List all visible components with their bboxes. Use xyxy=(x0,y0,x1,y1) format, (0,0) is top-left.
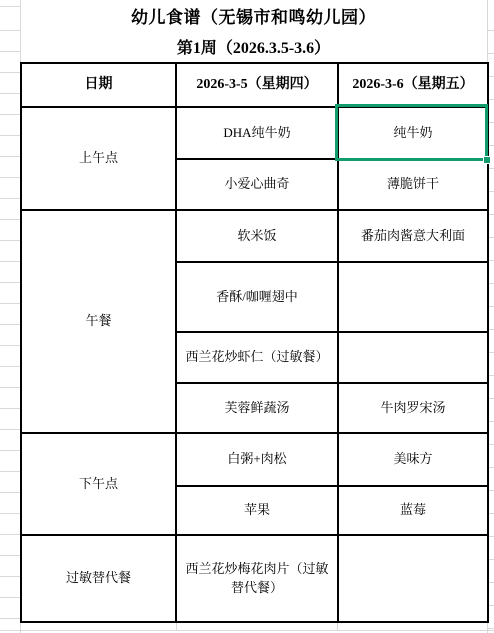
cell-menu-item[interactable] xyxy=(338,535,488,622)
cell-menu-item[interactable] xyxy=(338,262,488,332)
left-row-gutter xyxy=(0,0,21,633)
cell-menu-item[interactable]: 西兰花炒虾仁（过敏餐） xyxy=(176,332,338,383)
cell-menu-item[interactable] xyxy=(338,332,488,383)
cell-menu-item[interactable]: 薄脆饼干 xyxy=(338,159,488,210)
cell-menu-item[interactable]: 美味方 xyxy=(338,433,488,486)
gridline-stub xyxy=(176,622,177,631)
table-row: 午餐 软米饭 番茄肉酱意大利面 xyxy=(21,210,488,262)
gridline-bottom xyxy=(0,630,494,631)
gridline-stub xyxy=(337,622,338,631)
page-subtitle[interactable]: 第1周（2026.3.5-3.6） xyxy=(21,31,486,62)
spreadsheet-view: 幼儿食谱（无锡市和鸣幼儿园） 第1周（2026.3.5-3.6） 日期 2026… xyxy=(0,0,494,633)
cell-menu-item[interactable]: 香酥/咖喱翅中 xyxy=(176,262,338,332)
section-label-allergy-substitute[interactable]: 过敏替代餐 xyxy=(21,535,176,622)
page-title[interactable]: 幼儿食谱（无锡市和鸣幼儿园） xyxy=(21,0,486,31)
cell-menu-item[interactable]: 芙蓉鲜蔬汤 xyxy=(176,383,338,433)
cell-menu-item[interactable]: 小爱心曲奇 xyxy=(176,159,338,210)
section-label-morning-snack[interactable]: 上午点 xyxy=(21,107,176,210)
table-header-row: 日期 2026-3-5（星期四） 2026-3-6（星期五） xyxy=(21,63,488,107)
table-row: 过敏替代餐 西兰花炒梅花肉片（过敏替代餐） xyxy=(21,535,488,622)
header-day-friday[interactable]: 2026-3-6（星期五） xyxy=(338,63,488,107)
menu-table: 日期 2026-3-5（星期四） 2026-3-6（星期五） 上午点 DHA纯牛… xyxy=(20,62,489,623)
cell-menu-item[interactable]: 番茄肉酱意大利面 xyxy=(338,210,488,262)
fill-handle[interactable] xyxy=(483,156,491,164)
header-day-thursday[interactable]: 2026-3-5（星期四） xyxy=(176,63,338,107)
cell-menu-item[interactable]: 白粥+肉松 xyxy=(176,433,338,486)
section-label-afternoon-snack[interactable]: 下午点 xyxy=(21,433,176,535)
cell-menu-item[interactable]: 软米饭 xyxy=(176,210,338,262)
cell-menu-item[interactable]: 西兰花炒梅花肉片（过敏替代餐） xyxy=(176,535,338,622)
header-date-label[interactable]: 日期 xyxy=(21,63,176,107)
cell-menu-item[interactable]: 苹果 xyxy=(176,486,338,535)
cell-menu-item[interactable]: 蓝莓 xyxy=(338,486,488,535)
table-row: 下午点 白粥+肉松 美味方 xyxy=(21,433,488,486)
section-label-lunch[interactable]: 午餐 xyxy=(21,210,176,433)
cell-menu-item[interactable]: 牛肉罗宋汤 xyxy=(338,383,488,433)
cell-menu-item-selected[interactable]: 纯牛奶 xyxy=(338,107,488,159)
cell-menu-item[interactable]: DHA纯牛奶 xyxy=(176,107,338,159)
table-row: 上午点 DHA纯牛奶 纯牛奶 xyxy=(21,107,488,159)
